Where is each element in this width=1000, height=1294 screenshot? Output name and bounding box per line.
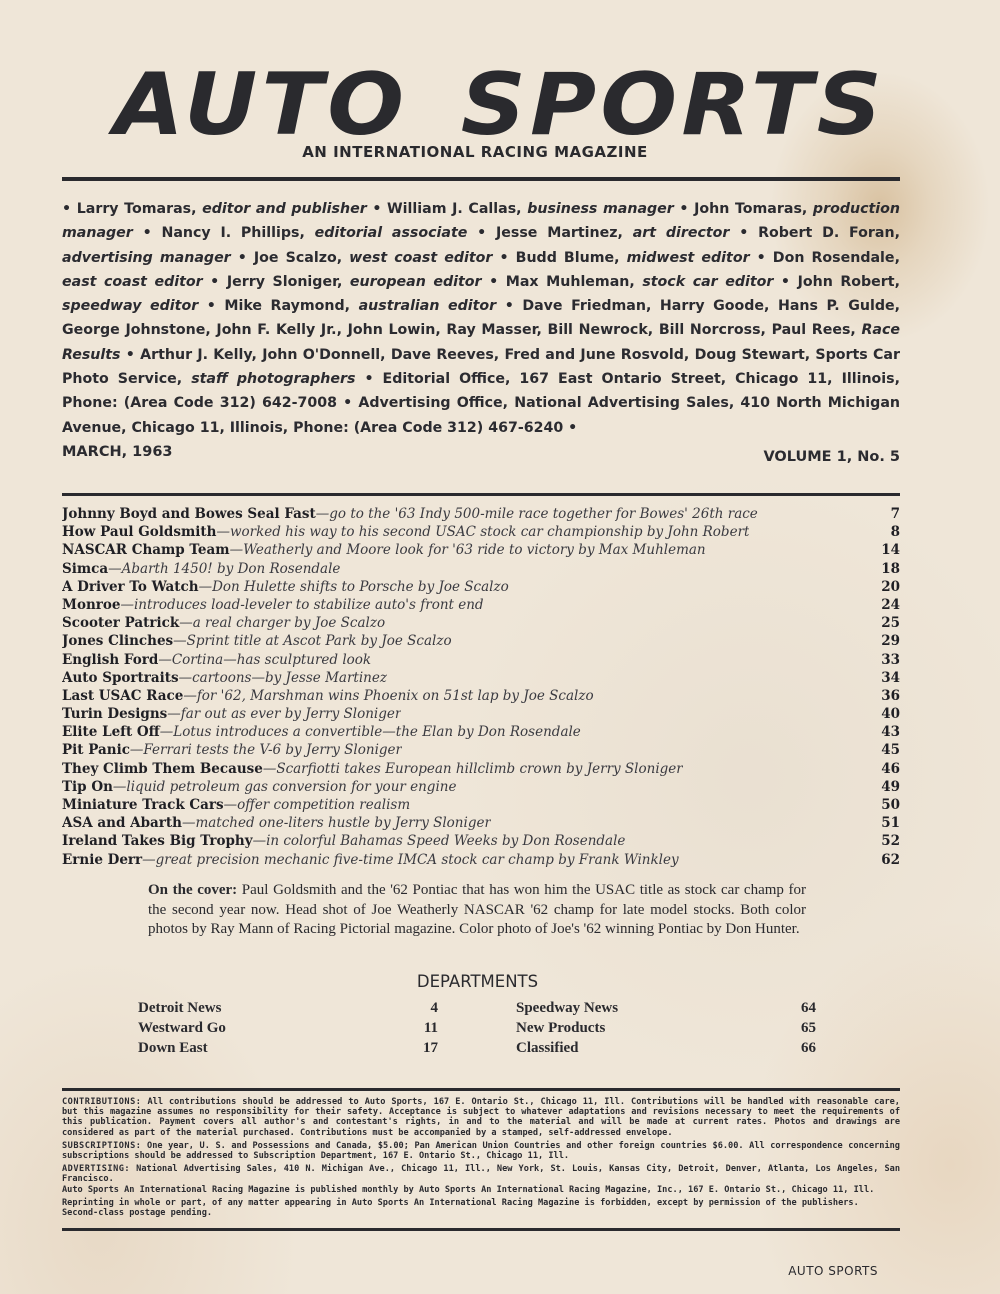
masthead-subtitle: AN INTERNATIONAL RACING MAGAZINE	[0, 143, 950, 161]
staff-name: John Robert	[798, 274, 895, 290]
reprint-notice: Reprinting in whole or part, of any matt…	[62, 1198, 900, 1208]
toc-entry-text: English Ford—Cortina—has sculptured look	[62, 651, 371, 669]
staff-role: australian editor	[359, 298, 497, 314]
toc-entry-description: for '62, Marshman wins Phoenix on 51st l…	[197, 688, 594, 704]
cover-note-text: Paul Goldsmith and the '62 Pontiac that …	[148, 882, 806, 937]
toc-entry-text: Elite Left Off—Lotus introduces a conver…	[62, 723, 581, 741]
toc-entry-description: Abarth 1450! by Don Rosendale	[122, 561, 341, 577]
toc-entry-description: Cortina—has sculptured look	[172, 652, 371, 668]
staff-role: editorial associate	[315, 225, 468, 241]
toc-entry-text: Auto Sportraits—cartoons—by Jesse Martin…	[62, 669, 387, 687]
toc-entry-text: Pit Panic—Ferrari tests the V-6 by Jerry…	[62, 741, 402, 759]
toc-entry-title: Pit Panic	[62, 742, 130, 758]
toc-entry-dash: —	[199, 579, 213, 595]
toc-entry-text: Tip On—liquid petroleum gas conversion f…	[62, 778, 456, 796]
toc-entry-page: 29	[870, 632, 900, 650]
department-name: New Products	[516, 1018, 605, 1038]
divider	[62, 1228, 900, 1231]
toc-entry-dash: —	[130, 742, 144, 758]
toc-entry: Last USAC Race—for '62, Marshman wins Ph…	[62, 687, 900, 705]
staff-role: east coast editor	[62, 274, 203, 290]
departments-left-column: Detroit News4Westward Go11Down East17	[138, 998, 438, 1058]
department-page: 66	[776, 1038, 816, 1058]
department-page: 17	[398, 1038, 438, 1058]
toc-entry-title: NASCAR Champ Team	[62, 542, 230, 558]
toc-entry-page: 50	[870, 796, 900, 814]
department-entry: Down East17	[138, 1038, 438, 1058]
toc-entry-text: Miniature Track Cars—offer competition r…	[62, 796, 410, 814]
department-entry: Detroit News4	[138, 998, 438, 1018]
department-page: 64	[776, 998, 816, 1018]
toc-entry-title: Ireland Takes Big Trophy	[62, 833, 253, 849]
department-entry: Westward Go11	[138, 1018, 438, 1038]
toc-entry-page: 34	[870, 669, 900, 687]
toc-entry-description: introduces load-leveler to stabilize aut…	[134, 597, 484, 613]
toc-entry-dash: —	[230, 542, 244, 558]
staff-role: staff photographers	[191, 371, 355, 387]
divider	[62, 493, 900, 496]
staff-name: John Tomaras	[694, 201, 802, 217]
toc-entry-dash: —	[113, 779, 127, 795]
toc-entry-title: Turin Designs	[62, 706, 167, 722]
toc-entry: Elite Left Off—Lotus introduces a conver…	[62, 723, 900, 741]
toc-entry-page: 7	[870, 505, 900, 523]
toc-entry-description: a real charger by Joe Scalzo	[193, 615, 385, 631]
toc-entry-title: Miniature Track Cars	[62, 797, 224, 813]
staff-name: Joe Scalzo	[254, 250, 337, 266]
toc-entry-description: Lotus introduces a convertible—the Elan …	[173, 724, 581, 740]
toc-entry-dash: —	[216, 524, 230, 540]
staff-role: advertising manager	[62, 250, 231, 266]
staff-name: Larry Tomaras	[77, 201, 191, 217]
staff-name: Jerry Sloniger	[227, 274, 337, 290]
toc-entry-text: Monroe—introduces load-leveler to stabil…	[62, 596, 484, 614]
divider	[62, 177, 900, 181]
toc-entry-page: 24	[870, 596, 900, 614]
toc-entry: A Driver To Watch—Don Hulette shifts to …	[62, 578, 900, 596]
subscriptions-notice: SUBSCRIPTIONS: One year, U. S. and Posse…	[62, 1141, 900, 1161]
toc-entry-dash: —	[160, 724, 174, 740]
toc-entry-page: 14	[870, 541, 900, 559]
toc-entry-title: ASA and Abarth	[62, 815, 182, 831]
staff-role: speedway editor	[62, 298, 198, 314]
toc-entry-page: 20	[870, 578, 900, 596]
staff-name: William J. Callas	[387, 201, 516, 217]
cover-note: On the cover: Paul Goldsmith and the '62…	[148, 881, 806, 940]
toc-entry: Scooter Patrick—a real charger by Joe Sc…	[62, 614, 900, 632]
toc-entry-dash: —	[173, 633, 187, 649]
staff-role: stock car editor	[642, 274, 773, 290]
masthead-word-auto: AUTO	[114, 55, 408, 155]
toc-entry-page: 52	[870, 832, 900, 850]
toc-entry-title: Scooter Patrick	[62, 615, 179, 631]
staff-name: Jesse Martinez	[496, 225, 618, 241]
toc-entry: English Ford—Cortina—has sculptured look…	[62, 651, 900, 669]
toc-entry: Ernie Derr—great precision mechanic five…	[62, 851, 900, 869]
toc-entry-title: Simca	[62, 561, 108, 577]
toc-entry-page: 36	[870, 687, 900, 705]
divider	[62, 1088, 900, 1091]
toc-entry-text: A Driver To Watch—Don Hulette shifts to …	[62, 578, 509, 596]
issue-date: MARCH, 1963	[62, 444, 173, 460]
toc-entry-dash: —	[263, 761, 277, 777]
toc-entry: Auto Sportraits—cartoons—by Jesse Martin…	[62, 669, 900, 687]
toc-entry-page: 43	[870, 723, 900, 741]
toc-entry-dash: —	[167, 706, 181, 722]
toc-entry: Jones Clinches—Sprint title at Ascot Par…	[62, 632, 900, 650]
toc-entry-description: Don Hulette shifts to Porsche by Joe Sca…	[212, 579, 509, 595]
toc-entry-text: Ernie Derr—great precision mechanic five…	[62, 851, 679, 869]
toc-entry-description: great precision mechanic five-time IMCA …	[156, 852, 679, 868]
advertising-notice: ADVERTISING: National Advertising Sales,…	[62, 1164, 900, 1184]
staff-name: Nancy I. Phillips	[161, 225, 299, 241]
toc-entry-description: liquid petroleum gas conversion for your…	[126, 779, 456, 795]
department-name: Down East	[138, 1038, 208, 1058]
toc-entry-dash: —	[224, 797, 238, 813]
toc-entry-text: Ireland Takes Big Trophy—in colorful Bah…	[62, 832, 625, 850]
toc-entry: NASCAR Champ Team—Weatherly and Moore lo…	[62, 541, 900, 559]
department-name: Detroit News	[138, 998, 221, 1018]
toc-entry-title: Elite Left Off	[62, 724, 160, 740]
toc-entry: They Climb Them Because—Scarfiotti takes…	[62, 760, 900, 778]
publisher-notice: Auto Sports An International Racing Maga…	[62, 1185, 900, 1195]
department-name: Speedway News	[516, 998, 618, 1018]
department-name: Westward Go	[138, 1018, 226, 1038]
toc-entry-page: 49	[870, 778, 900, 796]
staff-role: art director	[633, 225, 730, 241]
toc-entry: Miniature Track Cars—offer competition r…	[62, 796, 900, 814]
department-page: 11	[398, 1018, 438, 1038]
postage-notice: Second-class postage pending.	[62, 1208, 900, 1218]
masthead-title: AUTOSPORTS	[0, 62, 1000, 148]
toc-entry-description: offer competition realism	[237, 797, 410, 813]
toc-entry-page: 40	[870, 705, 900, 723]
departments-heading: DEPARTMENTS	[0, 972, 955, 991]
toc-entry: Monroe—introduces load-leveler to stabil…	[62, 596, 900, 614]
toc-entry-description: worked his way to his second USAC stock …	[230, 524, 750, 540]
toc-entry-title: Ernie Derr	[62, 852, 142, 868]
toc-entry-title: How Paul Goldsmith	[62, 524, 216, 540]
toc-entry-text: NASCAR Champ Team—Weatherly and Moore lo…	[62, 541, 706, 559]
departments-right-column: Speedway News64New Products65Classified6…	[516, 998, 816, 1058]
toc-entry-page: 8	[870, 523, 900, 541]
running-footer: AUTO SPORTS	[788, 1264, 878, 1278]
contributions-notice: CONTRIBUTIONS: All contributions should …	[62, 1097, 900, 1138]
toc-entry-dash: —	[183, 688, 197, 704]
toc-entry-description: Weatherly and Moore look for '63 ride to…	[243, 542, 706, 558]
toc-entry-page: 45	[870, 741, 900, 759]
department-entry: Classified66	[516, 1038, 816, 1058]
toc-entry: How Paul Goldsmith—worked his way to his…	[62, 523, 900, 541]
toc-entry-text: Turin Designs—far out as ever by Jerry S…	[62, 705, 401, 723]
toc-entry-text: Johnny Boyd and Bowes Seal Fast—go to th…	[62, 505, 758, 523]
toc-entry: Pit Panic—Ferrari tests the V-6 by Jerry…	[62, 741, 900, 759]
toc-entry-text: They Climb Them Because—Scarfiotti takes…	[62, 760, 683, 778]
toc-entry-page: 33	[870, 651, 900, 669]
toc-entry-title: Auto Sportraits	[62, 670, 179, 686]
staff-role: west coast editor	[349, 250, 492, 266]
toc-entry-dash: —	[253, 833, 267, 849]
toc-entry-dash: —	[182, 815, 196, 831]
toc-entry-dash: —	[142, 852, 156, 868]
toc-entry-page: 18	[870, 560, 900, 578]
department-name: Classified	[516, 1038, 579, 1058]
toc-entry-title: Johnny Boyd and Bowes Seal Fast	[62, 506, 316, 522]
toc-entry-dash: —	[316, 506, 330, 522]
issue-volume: VOLUME 1, No. 5	[763, 449, 900, 465]
department-page: 4	[398, 998, 438, 1018]
toc-entry-text: Jones Clinches—Sprint title at Ascot Par…	[62, 632, 452, 650]
toc-entry-dash: —	[179, 670, 193, 686]
toc-entry-title: Tip On	[62, 779, 113, 795]
toc-entry: Ireland Takes Big Trophy—in colorful Bah…	[62, 832, 900, 850]
toc-entry-page: 46	[870, 760, 900, 778]
toc-entry-text: How Paul Goldsmith—worked his way to his…	[62, 523, 749, 541]
toc-entry-description: Ferrari tests the V-6 by Jerry Sloniger	[143, 742, 402, 758]
toc-entry-dash: —	[120, 597, 134, 613]
toc-entry: Johnny Boyd and Bowes Seal Fast—go to th…	[62, 505, 900, 523]
staff-role: european editor	[350, 274, 482, 290]
toc-entry-title: Monroe	[62, 597, 120, 613]
toc-entry-dash: —	[158, 652, 172, 668]
staff-name: Max Muhleman	[506, 274, 630, 290]
fine-print: CONTRIBUTIONS: All contributions should …	[62, 1097, 900, 1221]
toc-entry-description: Scarfiotti takes European hillclimb crow…	[276, 761, 682, 777]
staff-name: Robert D. Foran	[758, 225, 895, 241]
toc-entry: Simca—Abarth 1450! by Don Rosendale18	[62, 560, 900, 578]
toc-entry-title: Jones Clinches	[62, 633, 173, 649]
toc-entry-title: A Driver To Watch	[62, 579, 199, 595]
toc-entry-description: Sprint title at Ascot Park by Joe Scalzo	[187, 633, 452, 649]
toc-entry-description: in colorful Bahamas Speed Weeks by Don R…	[266, 833, 625, 849]
toc-entry-title: They Climb Them Because	[62, 761, 263, 777]
staff-masthead: • Larry Tomaras, editor and publisher • …	[62, 197, 900, 440]
department-page: 65	[776, 1018, 816, 1038]
toc-entry-dash: —	[108, 561, 122, 577]
staff-name: Mike Raymond	[224, 298, 344, 314]
toc-entry-description: cartoons—by Jesse Martinez	[192, 670, 387, 686]
toc-entry: Turin Designs—far out as ever by Jerry S…	[62, 705, 900, 723]
masthead-word-sports: SPORTS	[461, 55, 886, 155]
table-of-contents: Johnny Boyd and Bowes Seal Fast—go to th…	[62, 505, 900, 869]
toc-entry: Tip On—liquid petroleum gas conversion f…	[62, 778, 900, 796]
toc-entry-text: Last USAC Race—for '62, Marshman wins Ph…	[62, 687, 594, 705]
toc-entry-page: 51	[870, 814, 900, 832]
staff-role: editor and publisher	[202, 201, 367, 217]
staff-role: midwest editor	[627, 250, 750, 266]
toc-entry-text: ASA and Abarth—matched one-liters hustle…	[62, 814, 491, 832]
toc-entry-text: Simca—Abarth 1450! by Don Rosendale	[62, 560, 340, 578]
toc-entry-title: Last USAC Race	[62, 688, 183, 704]
toc-entry-page: 25	[870, 614, 900, 632]
toc-entry: ASA and Abarth—matched one-liters hustle…	[62, 814, 900, 832]
staff-name: Budd Blume	[516, 250, 614, 266]
staff-role: business manager	[527, 201, 674, 217]
staff-name: Don Rosendale	[773, 250, 895, 266]
toc-entry-title: English Ford	[62, 652, 158, 668]
toc-entry-description: go to the '63 Indy 500-mile race togethe…	[329, 506, 758, 522]
toc-entry-text: Scooter Patrick—a real charger by Joe Sc…	[62, 614, 385, 632]
toc-entry-page: 62	[870, 851, 900, 869]
department-entry: Speedway News64	[516, 998, 816, 1018]
toc-entry-description: far out as ever by Jerry Sloniger	[181, 706, 402, 722]
toc-entry-dash: —	[179, 615, 193, 631]
department-entry: New Products65	[516, 1018, 816, 1038]
toc-entry-description: matched one-liters hustle by Jerry Sloni…	[195, 815, 490, 831]
cover-note-label: On the cover:	[148, 882, 237, 898]
